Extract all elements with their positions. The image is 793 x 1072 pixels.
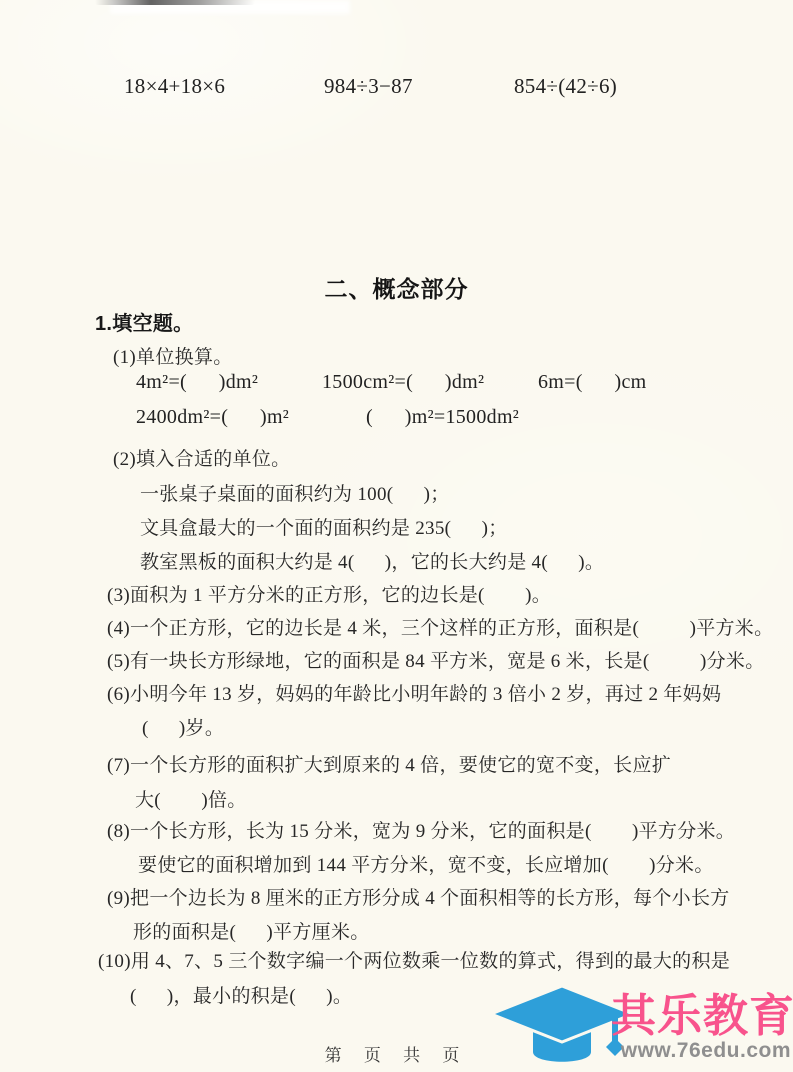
expression-1: 18×4+18×6 — [124, 74, 225, 99]
item-9-line2: 形的面积是( )平方厘米。 — [133, 917, 370, 944]
item-2-line-desk: 一张桌子桌面的面积约为 100( )； — [140, 479, 450, 506]
item-10-line2: ( )，最小的积是( )。 — [130, 981, 352, 1008]
section-heading: 二、概念部分 — [0, 271, 793, 304]
expression-3: 854÷(42÷6) — [514, 74, 617, 99]
item-5: (5)有一块长方形绿地，它的面积是 84 平方米，宽是 6 米，长是( )分米。 — [107, 646, 765, 673]
logo-url: www.76edu.com — [611, 1039, 791, 1063]
item-1-label: (1)单位换算。 — [113, 342, 233, 369]
item-2-label: (2)填入合适的单位。 — [113, 444, 290, 471]
scanned-worksheet-page: 18×4+18×6 984÷3−87 854÷(42÷6) 二、概念部分 1.填… — [0, 0, 793, 1072]
item-9-line1: (9)把一个边长为 8 厘米的正方形分成 4 个面积相等的长方形，每个小长方 — [107, 883, 730, 910]
item-3: (3)面积为 1 平方分米的正方形，它的边长是( )。 — [107, 580, 551, 607]
item-6-line1: (6)小明今年 13 岁，妈妈的年龄比小明年龄的 3 倍小 2 岁，再过 2 年… — [107, 679, 721, 706]
scan-dark-streak — [95, 0, 255, 5]
item-6-line2: ( )岁。 — [142, 713, 224, 740]
item-2-line-pencilbox: 文具盒最大的一个面的面积约是 235( )； — [140, 513, 508, 540]
item-4: (4)一个正方形，它的边长是 4 米，三个这样的正方形，面积是( )平方米。 — [107, 613, 773, 640]
item-7-line2: 大( )倍。 — [135, 785, 247, 812]
expression-2: 984÷3−87 — [324, 74, 413, 99]
conversion-row1-seg1: 4m²=( )dm² — [136, 371, 258, 394]
conversion-row1-seg2: 1500cm²=( )dm² — [322, 371, 484, 394]
item-8-line1: (8)一个长方形，长为 15 分米，宽为 9 分米，它的面积是( )平方分米。 — [107, 816, 735, 843]
item-8-line2: 要使它的面积增加到 144 平方分米，宽不变，长应增加( )分米。 — [138, 850, 714, 877]
logo-name: 其乐教育 — [611, 992, 793, 1040]
item-7-line1: (7)一个长方形的面积扩大到原来的 4 倍，要使它的宽不变，长应扩 — [107, 750, 671, 777]
question-1-label: 1.填空题。 — [95, 307, 193, 336]
item-2-line-blackboard: 教室黑板的面积大约是 4( )，它的长大约是 4( )。 — [140, 547, 604, 574]
conversion-row2-seg1: 2400dm²=( )m² — [136, 406, 289, 429]
conversion-row2-seg2: ( )m²=1500dm² — [366, 406, 519, 429]
conversion-row1-seg3: 6m=( )cm — [538, 371, 647, 394]
item-10-line1: (10)用 4、7、5 三个数字编一个两位数乘一位数的算式，得到的最大的积是 — [98, 946, 730, 973]
